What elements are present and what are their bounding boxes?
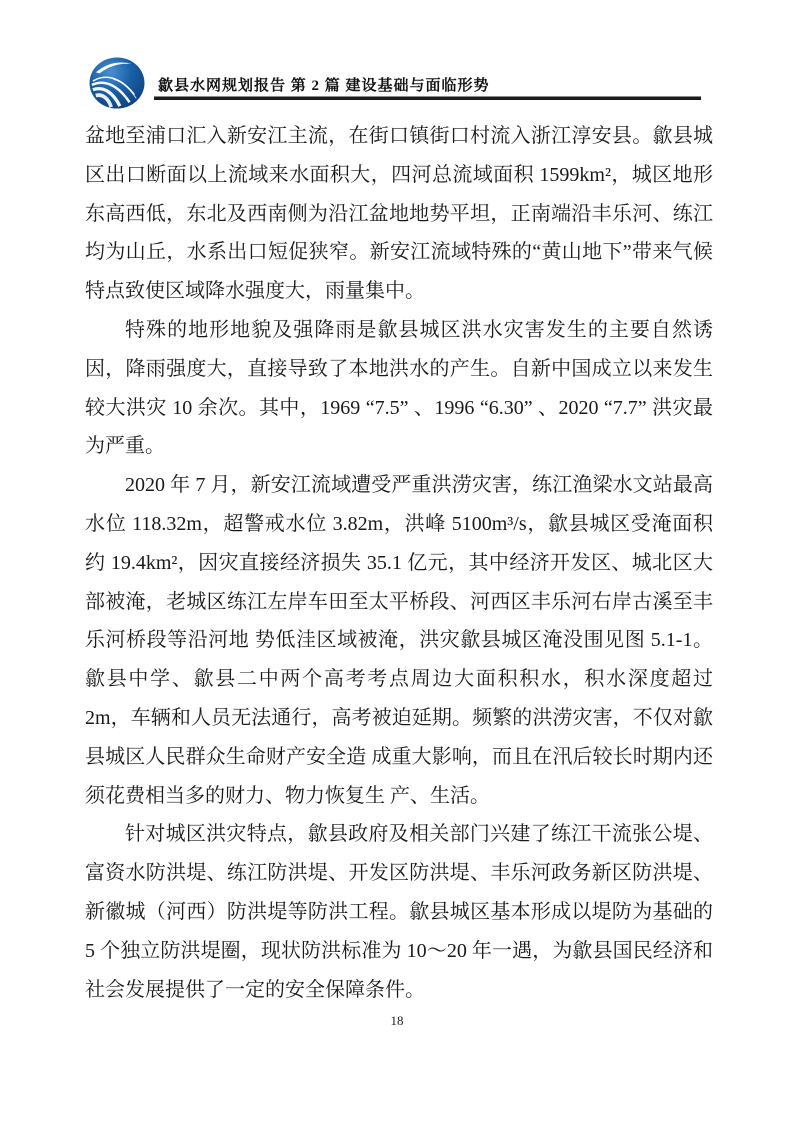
document-page: 歙县水网规划报告 第 2 篇 建设基础与面临形势 盆地至浦口汇入新安江主流，在街… <box>0 0 794 1122</box>
page-number: 18 <box>0 1013 794 1029</box>
paragraph-1: 盆地至浦口汇入新安江主流，在街口镇街口村流入浙江淳安县。歙县城区出口断面以上流域… <box>85 117 713 311</box>
paragraph-2: 特殊的地形地貌及强降雨是歙县城区洪水灾害发生的主要自然诱因，降雨强度大，直接导致… <box>85 311 713 466</box>
header-divider <box>154 96 701 100</box>
paragraph-3: 2020 年 7 月，新安江流域遭受严重洪涝灾害，练江渔梁水文站最高水位 118… <box>85 466 713 815</box>
report-logo-icon <box>88 56 146 110</box>
paragraph-4: 针对城区洪灾特点，歙县政府及相关部门兴建了练江干流张公堤、富资水防洪堤、练江防洪… <box>85 815 713 1009</box>
header-title: 歙县水网规划报告 第 2 篇 建设基础与面临形势 <box>158 74 490 95</box>
document-body: 盆地至浦口汇入新安江主流，在街口镇街口村流入浙江淳安县。歙县城区出口断面以上流域… <box>85 117 713 1009</box>
